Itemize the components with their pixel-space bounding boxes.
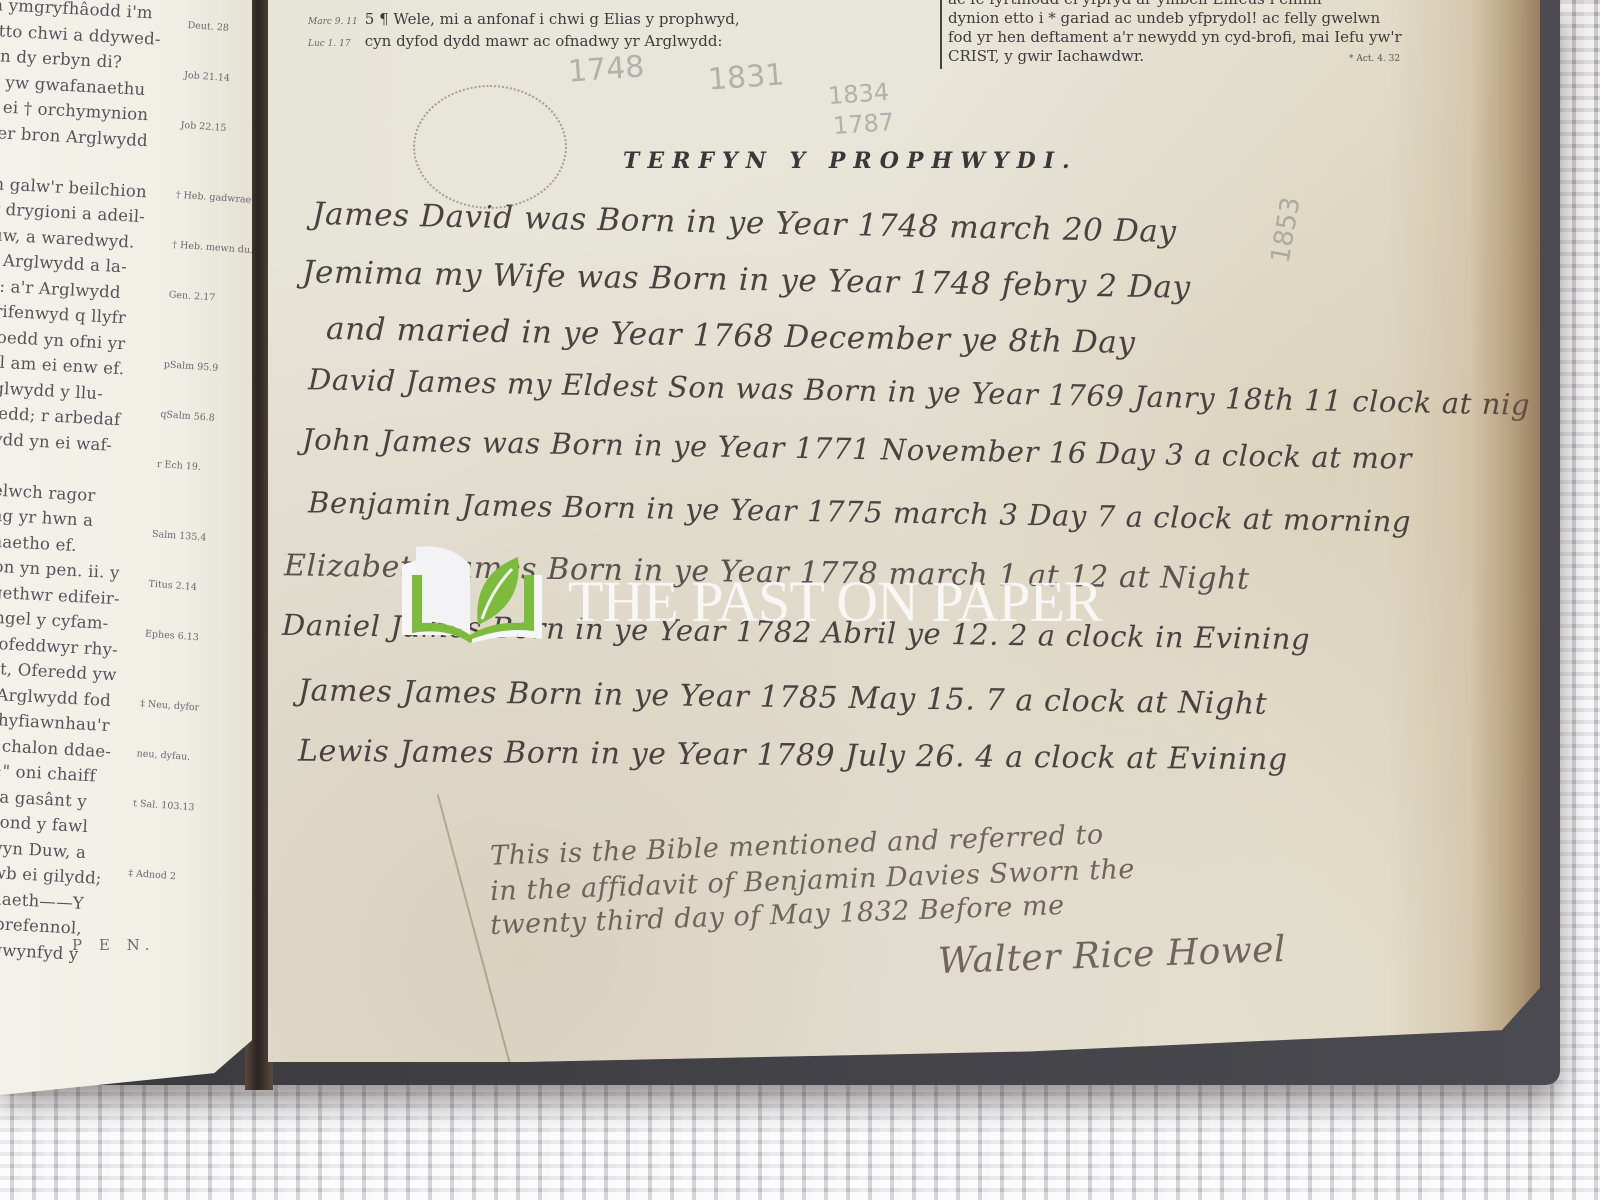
printed-line: dynion etto i * gariad ac undeb yfprydol… bbox=[948, 9, 1468, 28]
margin-reference: qSalm 56.8 bbox=[160, 409, 231, 426]
margin-reference: † Heb. gadwraeth bbox=[175, 190, 246, 207]
margin-reference: Job 21.14 bbox=[184, 70, 252, 87]
right-page: Marc 9. 11 5 ¶ Wele, mi a anfonaf i chwi… bbox=[268, 0, 1540, 1062]
margin-reference: * Act. 4. 32 bbox=[1349, 54, 1400, 64]
margin-reference: Salm 135.4 bbox=[152, 529, 223, 546]
margin-reference: Ephes 6.13 bbox=[145, 629, 216, 646]
printed-verse: Marc 9. 11 5 ¶ Wele, mi a anfonaf i chwi… bbox=[308, 10, 928, 32]
printed-line: ac fe fyrthiodd ei yfpryd ar ymbell Elif… bbox=[948, 0, 1468, 9]
left-page-footer: P E N. bbox=[72, 936, 156, 954]
margin-reference: ‡ Neu, dyfor bbox=[140, 698, 211, 715]
margin-reference: Titus 2.14 bbox=[148, 579, 219, 596]
pencil-mark: 1787 bbox=[832, 108, 895, 140]
register-entry: Benjamin James Born in ye Year 1775 marc… bbox=[308, 485, 1412, 538]
margin-reference: r Ech 19. bbox=[156, 459, 227, 476]
margin-reference: Gen. 2.17 bbox=[168, 289, 239, 306]
register-entry: Daniel James Born in ye Year 1782 Abril … bbox=[282, 608, 1311, 656]
printed-line: fod yr hen deftament a'r newydd yn cyd-b… bbox=[948, 28, 1468, 47]
printed-line: CRIST, y gwir Iachawdwr. * Act. 4. 32 bbox=[948, 47, 1468, 69]
printed-column-b: ac fe fyrthiodd ei yfpryd ar ymbell Elif… bbox=[940, 0, 1468, 69]
pencil-mark: 1834 bbox=[827, 78, 890, 110]
margin-reference: pSalm 95.9 bbox=[163, 359, 234, 376]
margin-reference: Job 22.15 bbox=[180, 120, 251, 137]
pencil-mark: 1853 bbox=[1266, 195, 1307, 265]
register-entry: and maried in ye Year 1768 December ye 8… bbox=[326, 311, 1136, 361]
printed-column-a: Marc 9. 11 5 ¶ Wele, mi a anfonaf i chwi… bbox=[308, 0, 928, 54]
register-entry: James James Born in ye Year 1785 May 15.… bbox=[298, 673, 1268, 722]
printed-header: Marc 9. 11 5 ¶ Wele, mi a anfonaf i chwi… bbox=[308, 0, 1488, 68]
pencil-mark: 1831 bbox=[707, 57, 786, 97]
pencil-mark: 1748 bbox=[567, 49, 646, 89]
register-entry: John James was Born in ye Year 1771 Nove… bbox=[302, 422, 1413, 475]
left-page: a ymgryfhâodd i'mttto chwi a ddywed-yn d… bbox=[0, 0, 252, 1095]
signature: Walter Rice Howel bbox=[937, 929, 1286, 982]
verse-text: 5 ¶ Wele, mi a anfonaf i chwi g Elias y … bbox=[365, 10, 740, 28]
printed-line-text: CRIST, y gwir Iachawdwr. bbox=[948, 47, 1144, 65]
register-entry: James David was Born in ye Year 1748 mar… bbox=[312, 196, 1177, 250]
section-title: TERFYN Y PROPHWYDI. bbox=[623, 148, 1078, 174]
margin-reference: ‡ Adnod 2 bbox=[128, 868, 199, 885]
cross-reference: Luc 1. 17 bbox=[308, 35, 360, 54]
margin-reference: Deut. 28 bbox=[187, 20, 252, 37]
register-entry: Lewis James Born in ye Year 1789 July 26… bbox=[298, 734, 1288, 778]
margin-reference: neu, dyfau. bbox=[136, 748, 207, 765]
register-entry: David James my Eldest Son was Born in ye… bbox=[308, 362, 1531, 422]
margin-reference: † Heb. mewn du. bbox=[172, 239, 243, 256]
verse-text: cyn dyfod dydd mawr ac ofnadwy yr Arglwy… bbox=[365, 32, 723, 50]
register-entry: Jemima my Wife was Born in ye Year 1748 … bbox=[302, 254, 1191, 306]
margin-reference: t Sal. 103.13 bbox=[133, 798, 204, 815]
cross-reference: Marc 9. 11 bbox=[308, 13, 360, 32]
register-entry: Elizabeth James Born in ye Year 1778 mar… bbox=[284, 548, 1250, 596]
ink-stain bbox=[413, 85, 567, 209]
